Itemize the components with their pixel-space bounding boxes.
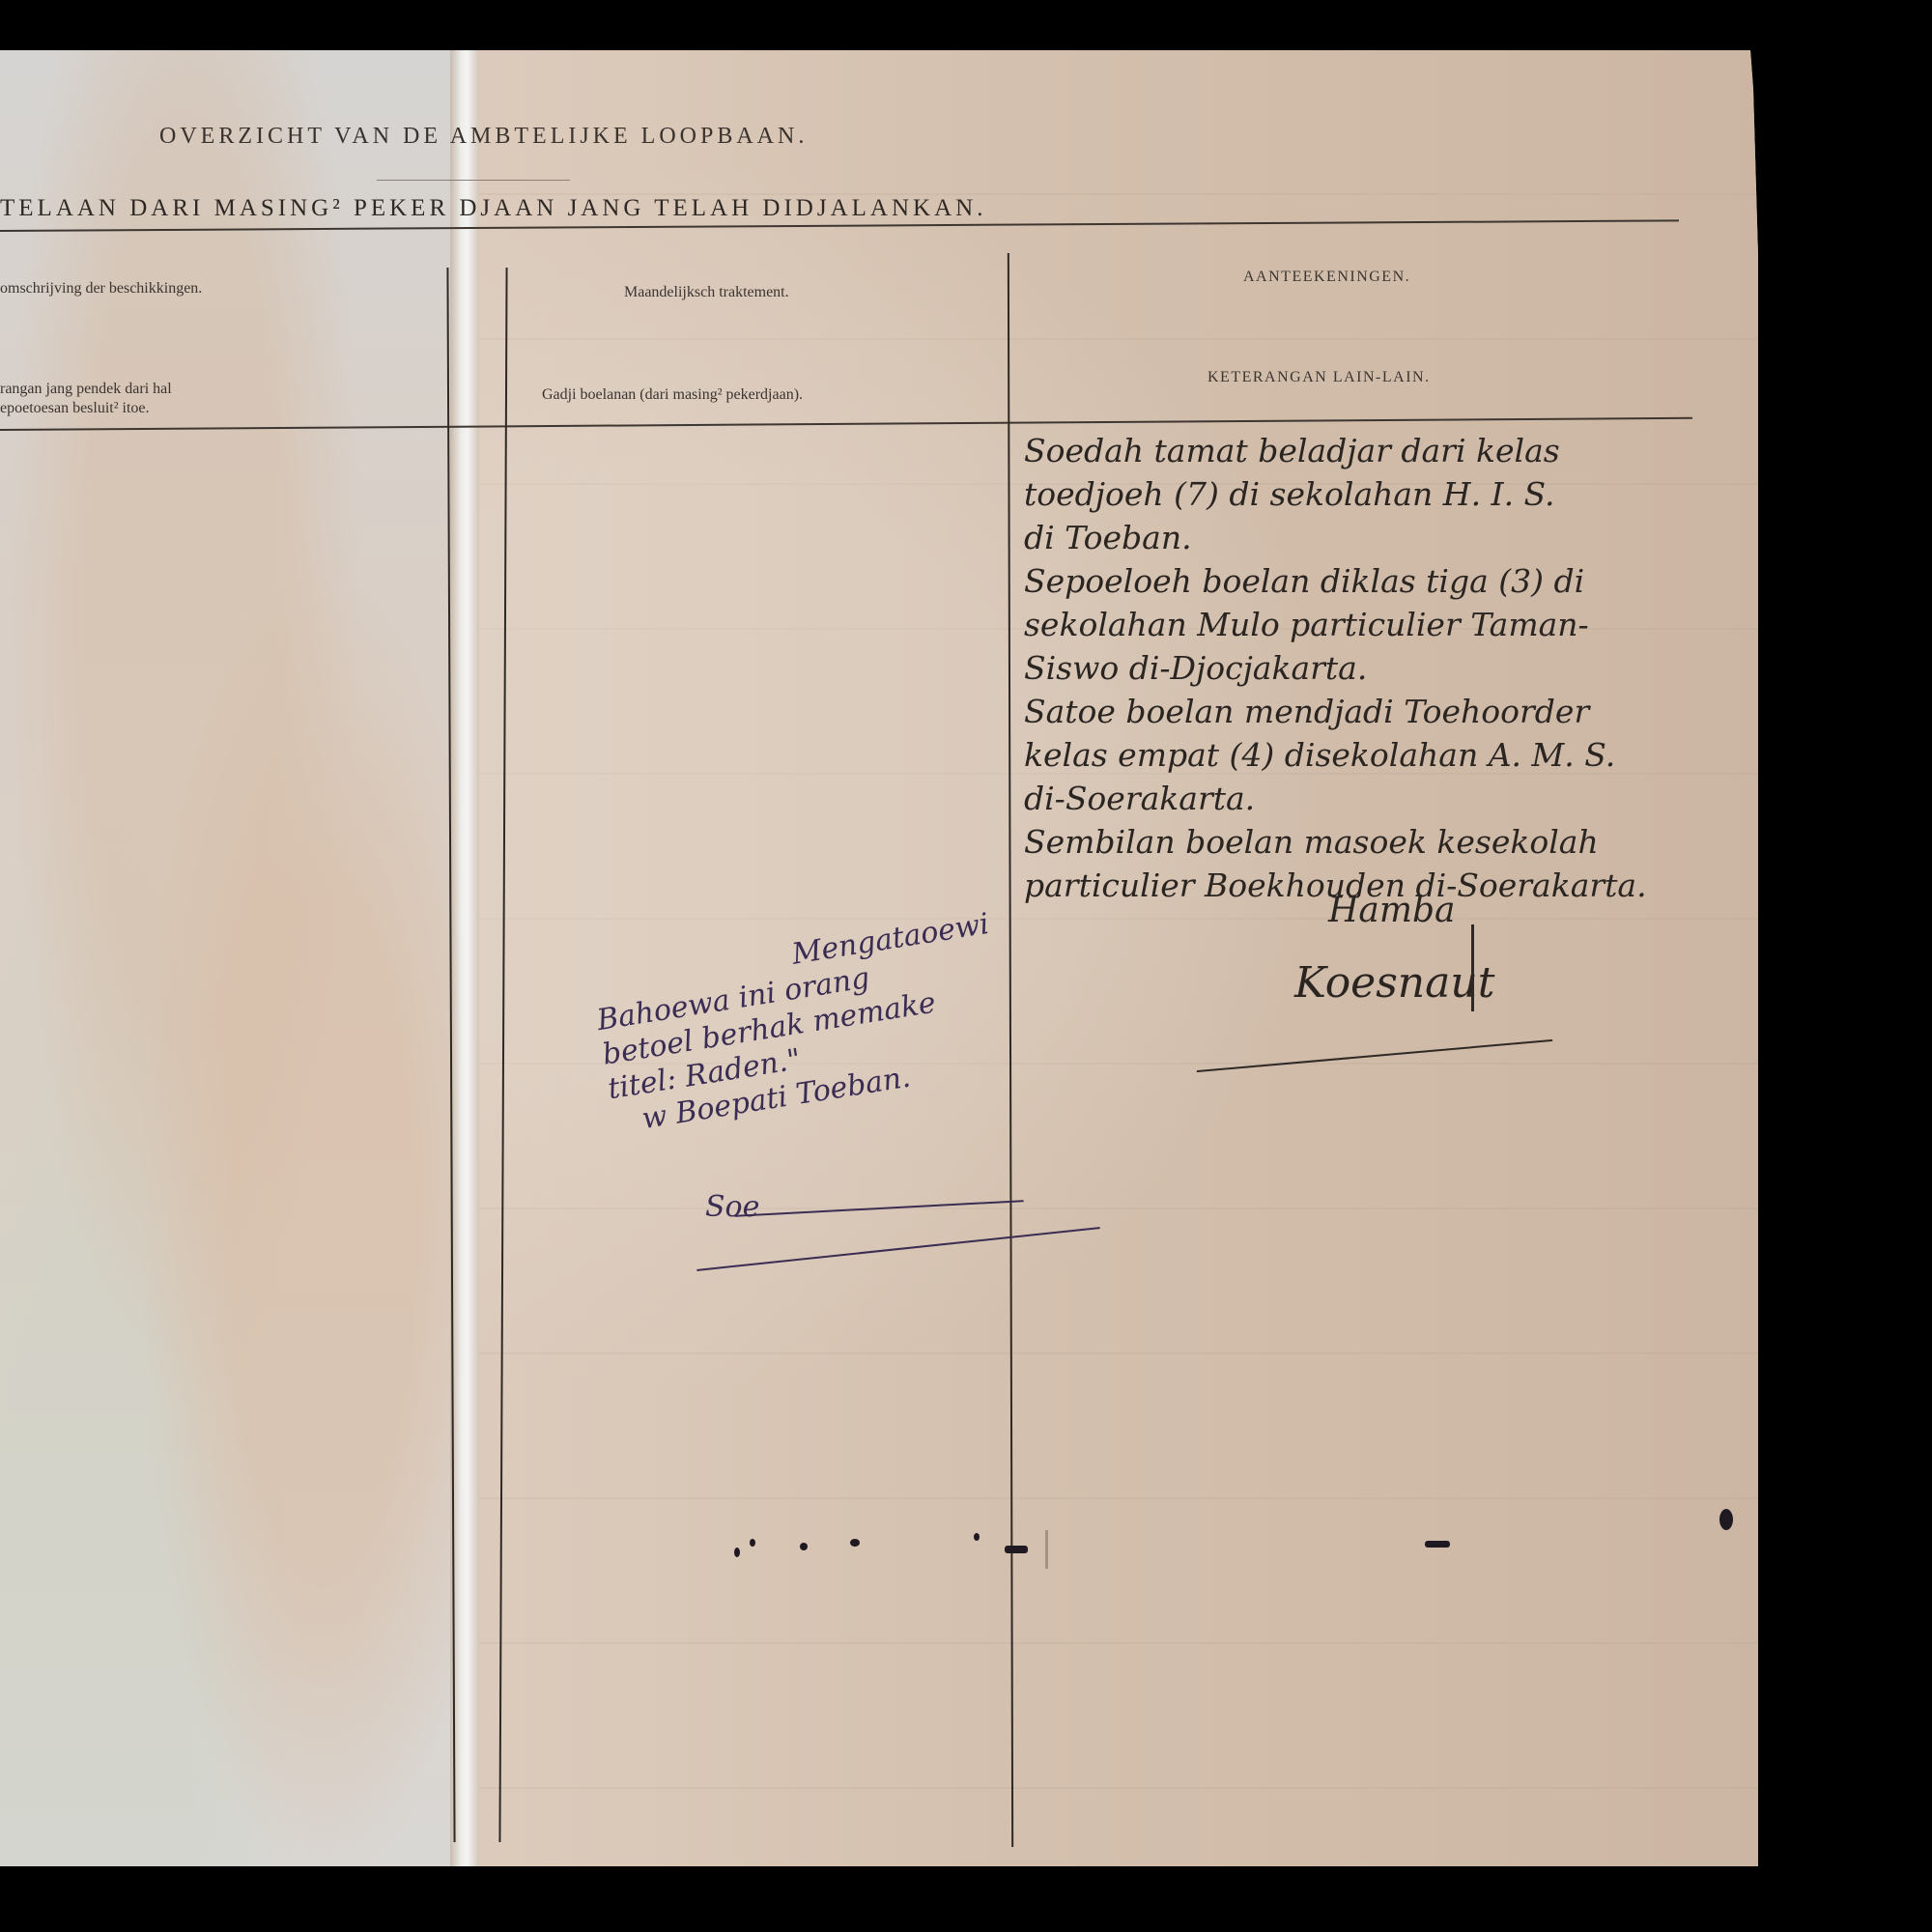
left-page <box>0 50 462 1866</box>
handwritten-note-line: Sepoeloeh boelan diklas tiga (3) di <box>1024 559 1584 603</box>
column-1-heading-nl: omschrijving der beschikkingen. <box>0 280 202 298</box>
handwritten-note-line: Satoe boelan mendjadi Toehoorder <box>1024 690 1589 733</box>
handwritten-note-line: Siswo di-Djocjakarta. <box>1024 646 1367 690</box>
document-subtitle: TELAAN DARI MASING² PEKER DJAAN JANG TEL… <box>0 195 986 222</box>
handwritten-note-line: sekolahan Mulo particulier Taman- <box>1024 603 1589 646</box>
fold-crease-mark <box>1045 1530 1048 1569</box>
paper-hole <box>974 1533 980 1541</box>
center-fold <box>450 50 479 1866</box>
handwritten-note-line: di Toeban. <box>1024 516 1192 559</box>
column-1-heading-id-line1: rangan jang pendek dari hal <box>0 381 172 398</box>
title-divider <box>377 180 570 181</box>
column-3-heading-id: KETERANGAN LAIN-LAIN. <box>1207 369 1431 386</box>
column-2-heading-nl: Maandelijksch traktement. <box>624 284 789 301</box>
paper-hole <box>1425 1541 1450 1548</box>
paper-hole <box>1719 1509 1733 1530</box>
signature-stroke <box>1471 924 1474 1011</box>
column-2-heading-id: Gadji boelanan (dari masing² pekerdjaan)… <box>542 386 803 404</box>
signature: Koesnaut <box>1294 958 1494 1008</box>
handwritten-note-line: Sembilan boelan masoek kesekolah <box>1024 820 1599 864</box>
paper-hole <box>750 1539 755 1547</box>
handwritten-note-line: kelas empat (4) disekolahan A. M. S. <box>1024 733 1615 777</box>
closing-word: Hamba <box>1328 891 1456 930</box>
scanned-document-sheet: OVERZICHT VAN DE AMBTELIJKE LOOPBAAN. TE… <box>0 50 1758 1866</box>
paper-hole <box>1005 1546 1028 1553</box>
handwritten-note-line: di-Soerakarta. <box>1024 777 1255 820</box>
paper-hole <box>734 1548 740 1557</box>
attestation-signature: Soe <box>705 1190 759 1224</box>
paper-hole <box>800 1543 808 1550</box>
column-3-heading-nl: AANTEEKENINGEN. <box>1243 269 1410 286</box>
document-title: OVERZICHT VAN DE AMBTELIJKE LOOPBAAN. <box>159 124 808 150</box>
handwritten-note-line: toedjoeh (7) di sekolahan H. I. S. <box>1024 472 1554 516</box>
column-1-heading-id-line2: epoetoesan besluit² itoe. <box>0 400 150 417</box>
handwritten-note-line: Soedah tamat beladjar dari kelas <box>1024 429 1560 472</box>
paper-hole <box>850 1539 860 1547</box>
